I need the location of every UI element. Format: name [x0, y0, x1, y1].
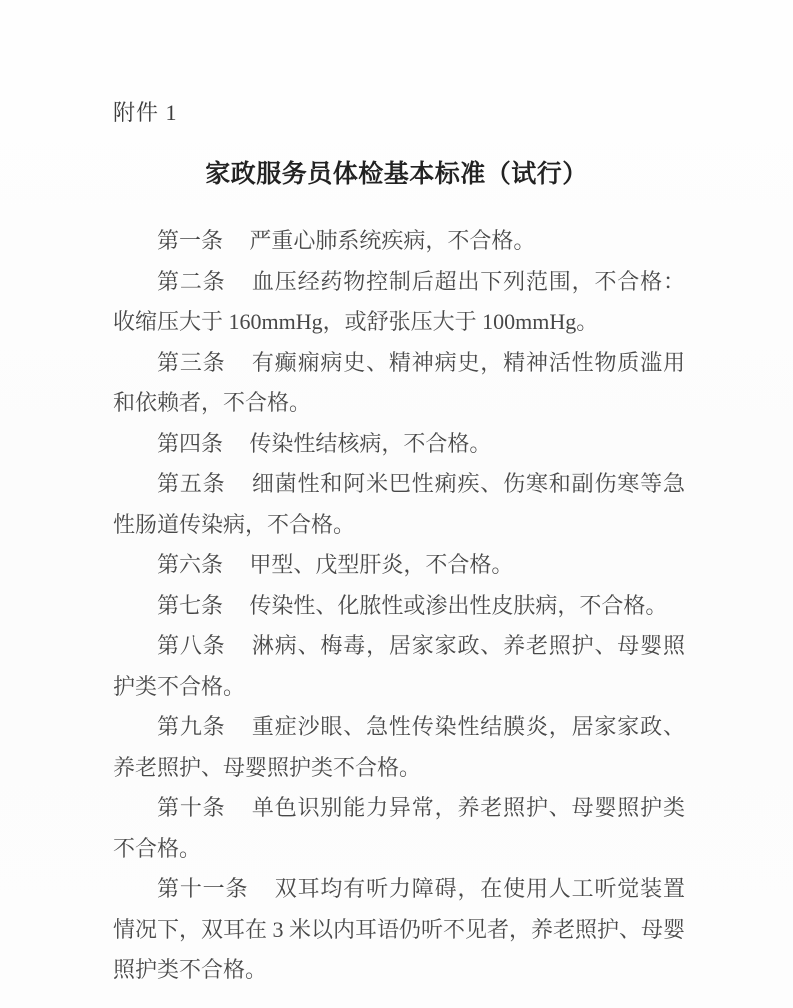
article-paragraph: 第八条淋病、梅毒，居家家政、养老照护、母婴照护类不合格。 [113, 626, 685, 707]
article-text: 甲型、戊型肝炎，不合格。 [249, 552, 513, 577]
article-paragraph: 第四条传染性结核病，不合格。 [113, 424, 685, 465]
article-number: 第十条 [157, 795, 226, 820]
article-number: 第七条 [157, 593, 223, 618]
article-paragraph: 第二条血压经药物控制后超出下列范围，不合格：收缩压大于 160mmHg，或舒张压… [113, 262, 685, 343]
article-number: 第二条 [157, 269, 226, 294]
document-title: 家政服务员体检基本标准（试行） [0, 158, 793, 192]
article-paragraph: 第九条重症沙眼、急性传染性结膜炎，居家家政、养老照护、母婴照护类不合格。 [113, 707, 685, 788]
article-paragraph: 第六条甲型、戊型肝炎，不合格。 [113, 545, 685, 586]
attachment-label: 附件 1 [113, 99, 178, 127]
article-paragraph: 第七条传染性、化脓性或渗出性皮肤病，不合格。 [113, 586, 685, 627]
article-paragraph: 第三条有癫痫病史、精神病史，精神活性物质滥用和依赖者，不合格。 [113, 343, 685, 424]
article-number: 第四条 [157, 431, 223, 456]
article-number: 第六条 [157, 552, 223, 577]
article-number: 第三条 [157, 350, 226, 375]
article-paragraph: 第十条单色识别能力异常，养老照护、母婴照护类不合格。 [113, 788, 685, 869]
article-paragraph: 第十一条双耳均有听力障碍，在使用人工听觉装置情况下，双耳在 3 米以内耳语仍听不… [113, 869, 685, 991]
article-text: 传染性结核病，不合格。 [249, 431, 491, 456]
article-number: 第一条 [157, 228, 223, 253]
article-text: 传染性、化脓性或渗出性皮肤病，不合格。 [249, 593, 667, 618]
article-number: 第九条 [157, 714, 226, 739]
article-text: 严重心肺系统疾病，不合格。 [249, 228, 535, 253]
article-number: 第十一条 [157, 876, 248, 901]
article-number: 第五条 [157, 471, 226, 496]
article-paragraph: 第五条细菌性和阿米巴性痢疾、伤寒和副伤寒等急性肠道传染病，不合格。 [113, 464, 685, 545]
document-page: 附件 1 家政服务员体检基本标准（试行） 第一条严重心肺系统疾病，不合格。 第二… [0, 0, 793, 1008]
article-number: 第八条 [157, 633, 226, 658]
article-paragraph: 第一条严重心肺系统疾病，不合格。 [113, 221, 685, 262]
document-body: 第一条严重心肺系统疾病，不合格。 第二条血压经药物控制后超出下列范围，不合格：收… [113, 221, 685, 991]
